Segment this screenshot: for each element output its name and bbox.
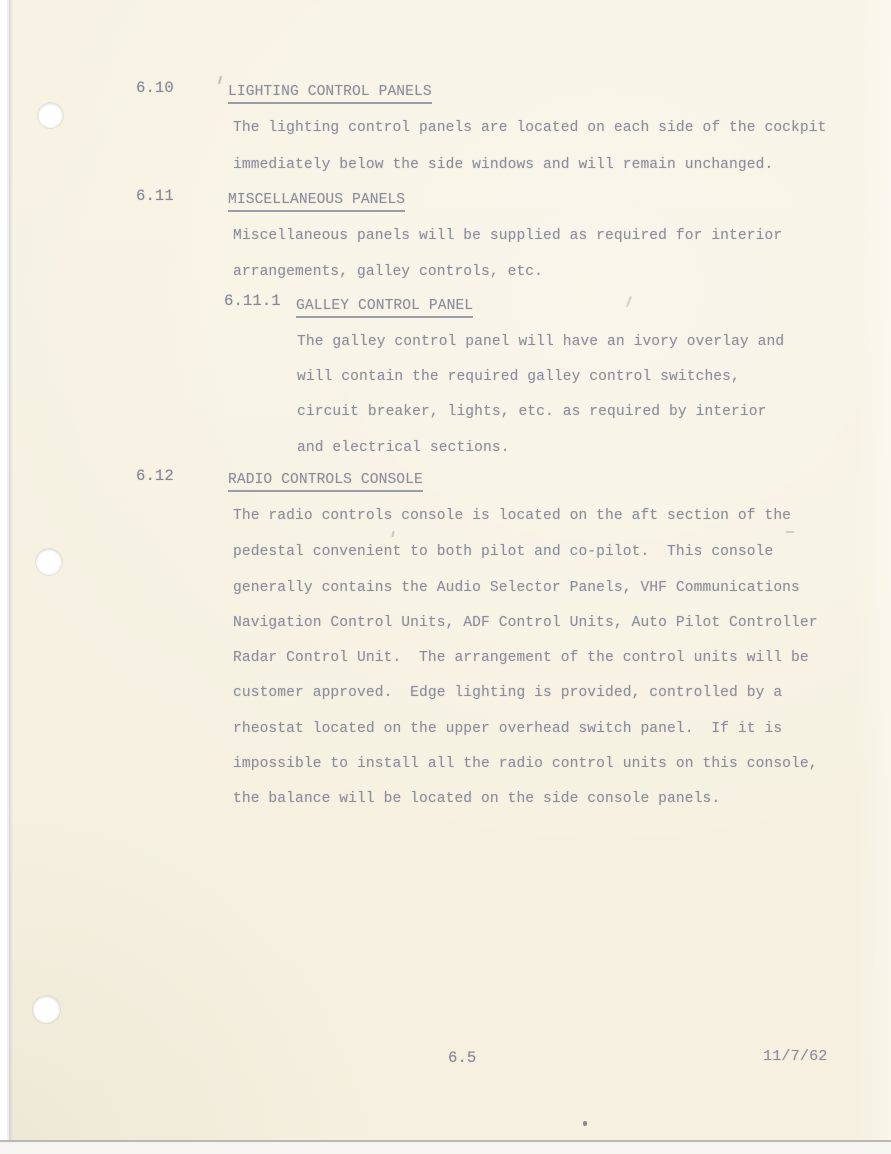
section-number: 6.10 <box>136 79 174 97</box>
body-line: customer approved. Edge lighting is prov… <box>233 684 782 702</box>
body-line: The galley control panel will have an iv… <box>297 333 784 351</box>
paper-edge-highlight-right <box>857 0 891 1140</box>
subsection-title-text: GALLEY CONTROL PANEL <box>296 298 473 318</box>
body-line: the balance will be located on the side … <box>233 790 720 808</box>
body-line: rheostat located on the upper overhead s… <box>233 720 782 738</box>
section-title-text: MISCELLANEOUS PANELS <box>228 192 405 212</box>
section-title: LIGHTING CONTROL PANELS <box>228 83 432 101</box>
punch-hole-top <box>38 103 63 128</box>
punch-hole-middle <box>36 549 62 575</box>
body-line: arrangements, galley controls, etc. <box>233 263 543 281</box>
scanner-edge-left <box>0 0 9 1154</box>
body-line: The radio controls console is located on… <box>233 507 791 525</box>
scan-artifact <box>786 531 794 533</box>
body-line: will contain the required galley control… <box>297 368 740 386</box>
scan-artifact <box>583 1121 587 1126</box>
body-line: generally contains the Audio Selector Pa… <box>233 579 800 597</box>
body-line: and electrical sections. <box>297 439 510 457</box>
body-line: impossible to install all the radio cont… <box>233 755 818 773</box>
section-number: 6.12 <box>136 467 174 485</box>
paper-edge-shadow-left <box>9 0 13 1154</box>
page-number: 6.5 <box>448 1049 476 1067</box>
body-line: pedestal convenient to both pilot and co… <box>233 543 773 561</box>
body-line: circuit breaker, lights, etc. as require… <box>297 403 766 421</box>
date-stamp: 11/7/62 <box>763 1047 828 1065</box>
scan-artifact <box>391 531 394 537</box>
subsection-number: 6.11.1 <box>224 292 281 310</box>
section-title-text: LIGHTING CONTROL PANELS <box>228 84 432 104</box>
section-title-text: RADIO CONTROLS CONSOLE <box>228 472 423 492</box>
scan-artifact <box>626 296 632 307</box>
body-line: immediately below the side windows and w… <box>233 156 773 174</box>
body-line: The lighting control panels are located … <box>233 119 826 137</box>
body-line: Miscellaneous panels will be supplied as… <box>233 227 782 245</box>
section-number: 6.11 <box>136 187 174 205</box>
subsection-title: GALLEY CONTROL PANEL <box>296 297 473 315</box>
scan-artifact <box>218 76 222 84</box>
document-page: 6.10 LIGHTING CONTROL PANELS The lightin… <box>0 0 891 1154</box>
body-line: Navigation Control Units, ADF Control Un… <box>233 614 818 632</box>
section-title: RADIO CONTROLS CONSOLE <box>228 471 423 489</box>
section-title: MISCELLANEOUS PANELS <box>228 191 405 209</box>
body-line: Radar Control Unit. The arrangement of t… <box>233 649 809 667</box>
punch-hole-bottom <box>33 996 60 1023</box>
paper-edge-bottom <box>0 1140 891 1154</box>
